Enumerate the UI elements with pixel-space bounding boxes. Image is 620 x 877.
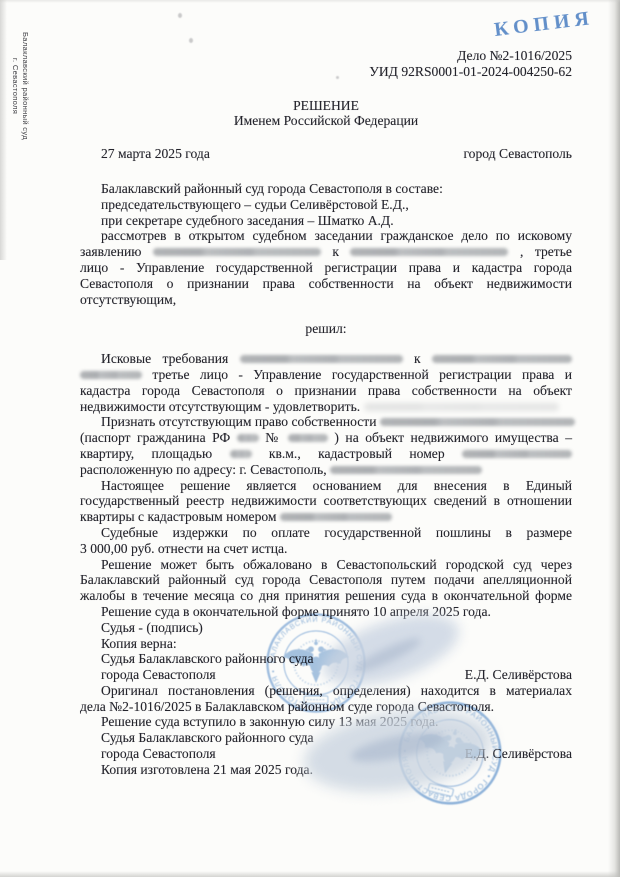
scan-speck bbox=[189, 38, 193, 43]
double-eagle-icon bbox=[283, 639, 349, 703]
text-run: города Севастополя bbox=[101, 667, 216, 683]
document-line: 27 марта 2025 годагород Севастополь bbox=[80, 146, 572, 162]
document-line: рассмотрев в открытом судебном заседании… bbox=[80, 228, 572, 244]
scan-speck bbox=[178, 13, 182, 18]
redacted-text bbox=[330, 466, 482, 474]
document-line: квартиру, площадью кв.м., кадастровый но… bbox=[80, 446, 572, 462]
redacted-text bbox=[153, 248, 321, 256]
document-line: 3 000,00 руб. отнести на счет истца. bbox=[80, 541, 572, 557]
court-round-seal-1: БАЛАКЛАВСКИЙ РАЙОННЫЙ СУД • ГОРОДА СЕВАС… bbox=[261, 608, 371, 718]
redacted-text bbox=[80, 371, 142, 379]
redacted-text bbox=[280, 513, 392, 521]
document-line: третье лицо - Управление государственной… bbox=[80, 367, 572, 383]
text-run: город Севастополь bbox=[463, 146, 572, 162]
margin-stamp-city: г. Севастополя bbox=[11, 25, 21, 147]
document-line: Признать отсутствующим право собственнос… bbox=[80, 414, 572, 430]
text-run: города Севастополя bbox=[101, 746, 216, 762]
redacted-text bbox=[380, 418, 575, 426]
document-line: Решение может быть обжаловано в Севастоп… bbox=[80, 557, 572, 573]
document-line: Севастополя о признании права собственно… bbox=[80, 276, 572, 292]
document-line: кадастра города Севастополя о признании … bbox=[80, 383, 572, 399]
document-line: Именем Российской Федерации bbox=[80, 113, 572, 129]
redacted-text bbox=[432, 355, 572, 363]
redacted-text bbox=[230, 450, 252, 458]
scan-edge-top bbox=[0, 0, 620, 3]
redacted-text bbox=[237, 434, 259, 442]
document-line: УИД 92RS0001-01-2024-004250-62 bbox=[80, 64, 572, 80]
document-line: Исковые требования к bbox=[80, 351, 572, 367]
document-line: расположенную по адресу: г. Севастополь, bbox=[80, 462, 572, 478]
document-line: заявлению к , третье bbox=[80, 244, 572, 260]
document-line: отсутствующим, bbox=[80, 292, 572, 308]
document-line: РЕШЕНИЕ bbox=[80, 98, 572, 114]
redacted-text bbox=[288, 434, 328, 442]
document-line: Настоящее решение является основанием дл… bbox=[80, 478, 572, 494]
court-registry-margin-stamp: Балаклавский районный суд г. Севастополя bbox=[4, 25, 30, 147]
document-line: Судебные издержки по оплате государствен… bbox=[80, 525, 572, 541]
redacted-text bbox=[364, 403, 559, 411]
document-line: лицо - Управление государственной регист… bbox=[80, 260, 572, 276]
document-line: недвижимости отсутствующим - удовлетвори… bbox=[80, 399, 572, 415]
document-line: председательствующего – судьи Селивёрсто… bbox=[80, 197, 572, 213]
redacted-text bbox=[240, 355, 403, 363]
document-line: Балаклавский районный суд города Севасто… bbox=[80, 181, 572, 197]
copy-stamp: КОПИЯ bbox=[493, 7, 595, 42]
document-line: (паспорт гражданина РФ № ) на объект нед… bbox=[80, 430, 572, 446]
redacted-text bbox=[350, 248, 508, 256]
redacted-text bbox=[462, 450, 572, 458]
scan-edge-bottom bbox=[0, 871, 620, 877]
scan-edge-right bbox=[608, 0, 620, 877]
document-line: государственный реестр недвижимости соот… bbox=[80, 493, 572, 509]
text-run: Е.Д. Селивёрстова bbox=[465, 667, 572, 683]
text-run: 27 марта 2025 года bbox=[101, 146, 210, 162]
document-line: при секретаре судебного заседания – Шмат… bbox=[80, 213, 572, 229]
document-line: решил: bbox=[80, 321, 572, 337]
document-line: квартиры с кадастровым номером bbox=[80, 509, 572, 525]
scanned-court-decision-page: Балаклавский районный суд г. Севастополя… bbox=[0, 0, 620, 877]
document-line: Дело №2-1016/2025 bbox=[80, 48, 572, 64]
margin-stamp-court-name: Балаклавский районный суд bbox=[21, 25, 31, 147]
document-line: жалобы в течение месяца со дня принятия … bbox=[80, 588, 572, 604]
document-line: Балаклавский районный суд города Севасто… bbox=[80, 572, 572, 588]
